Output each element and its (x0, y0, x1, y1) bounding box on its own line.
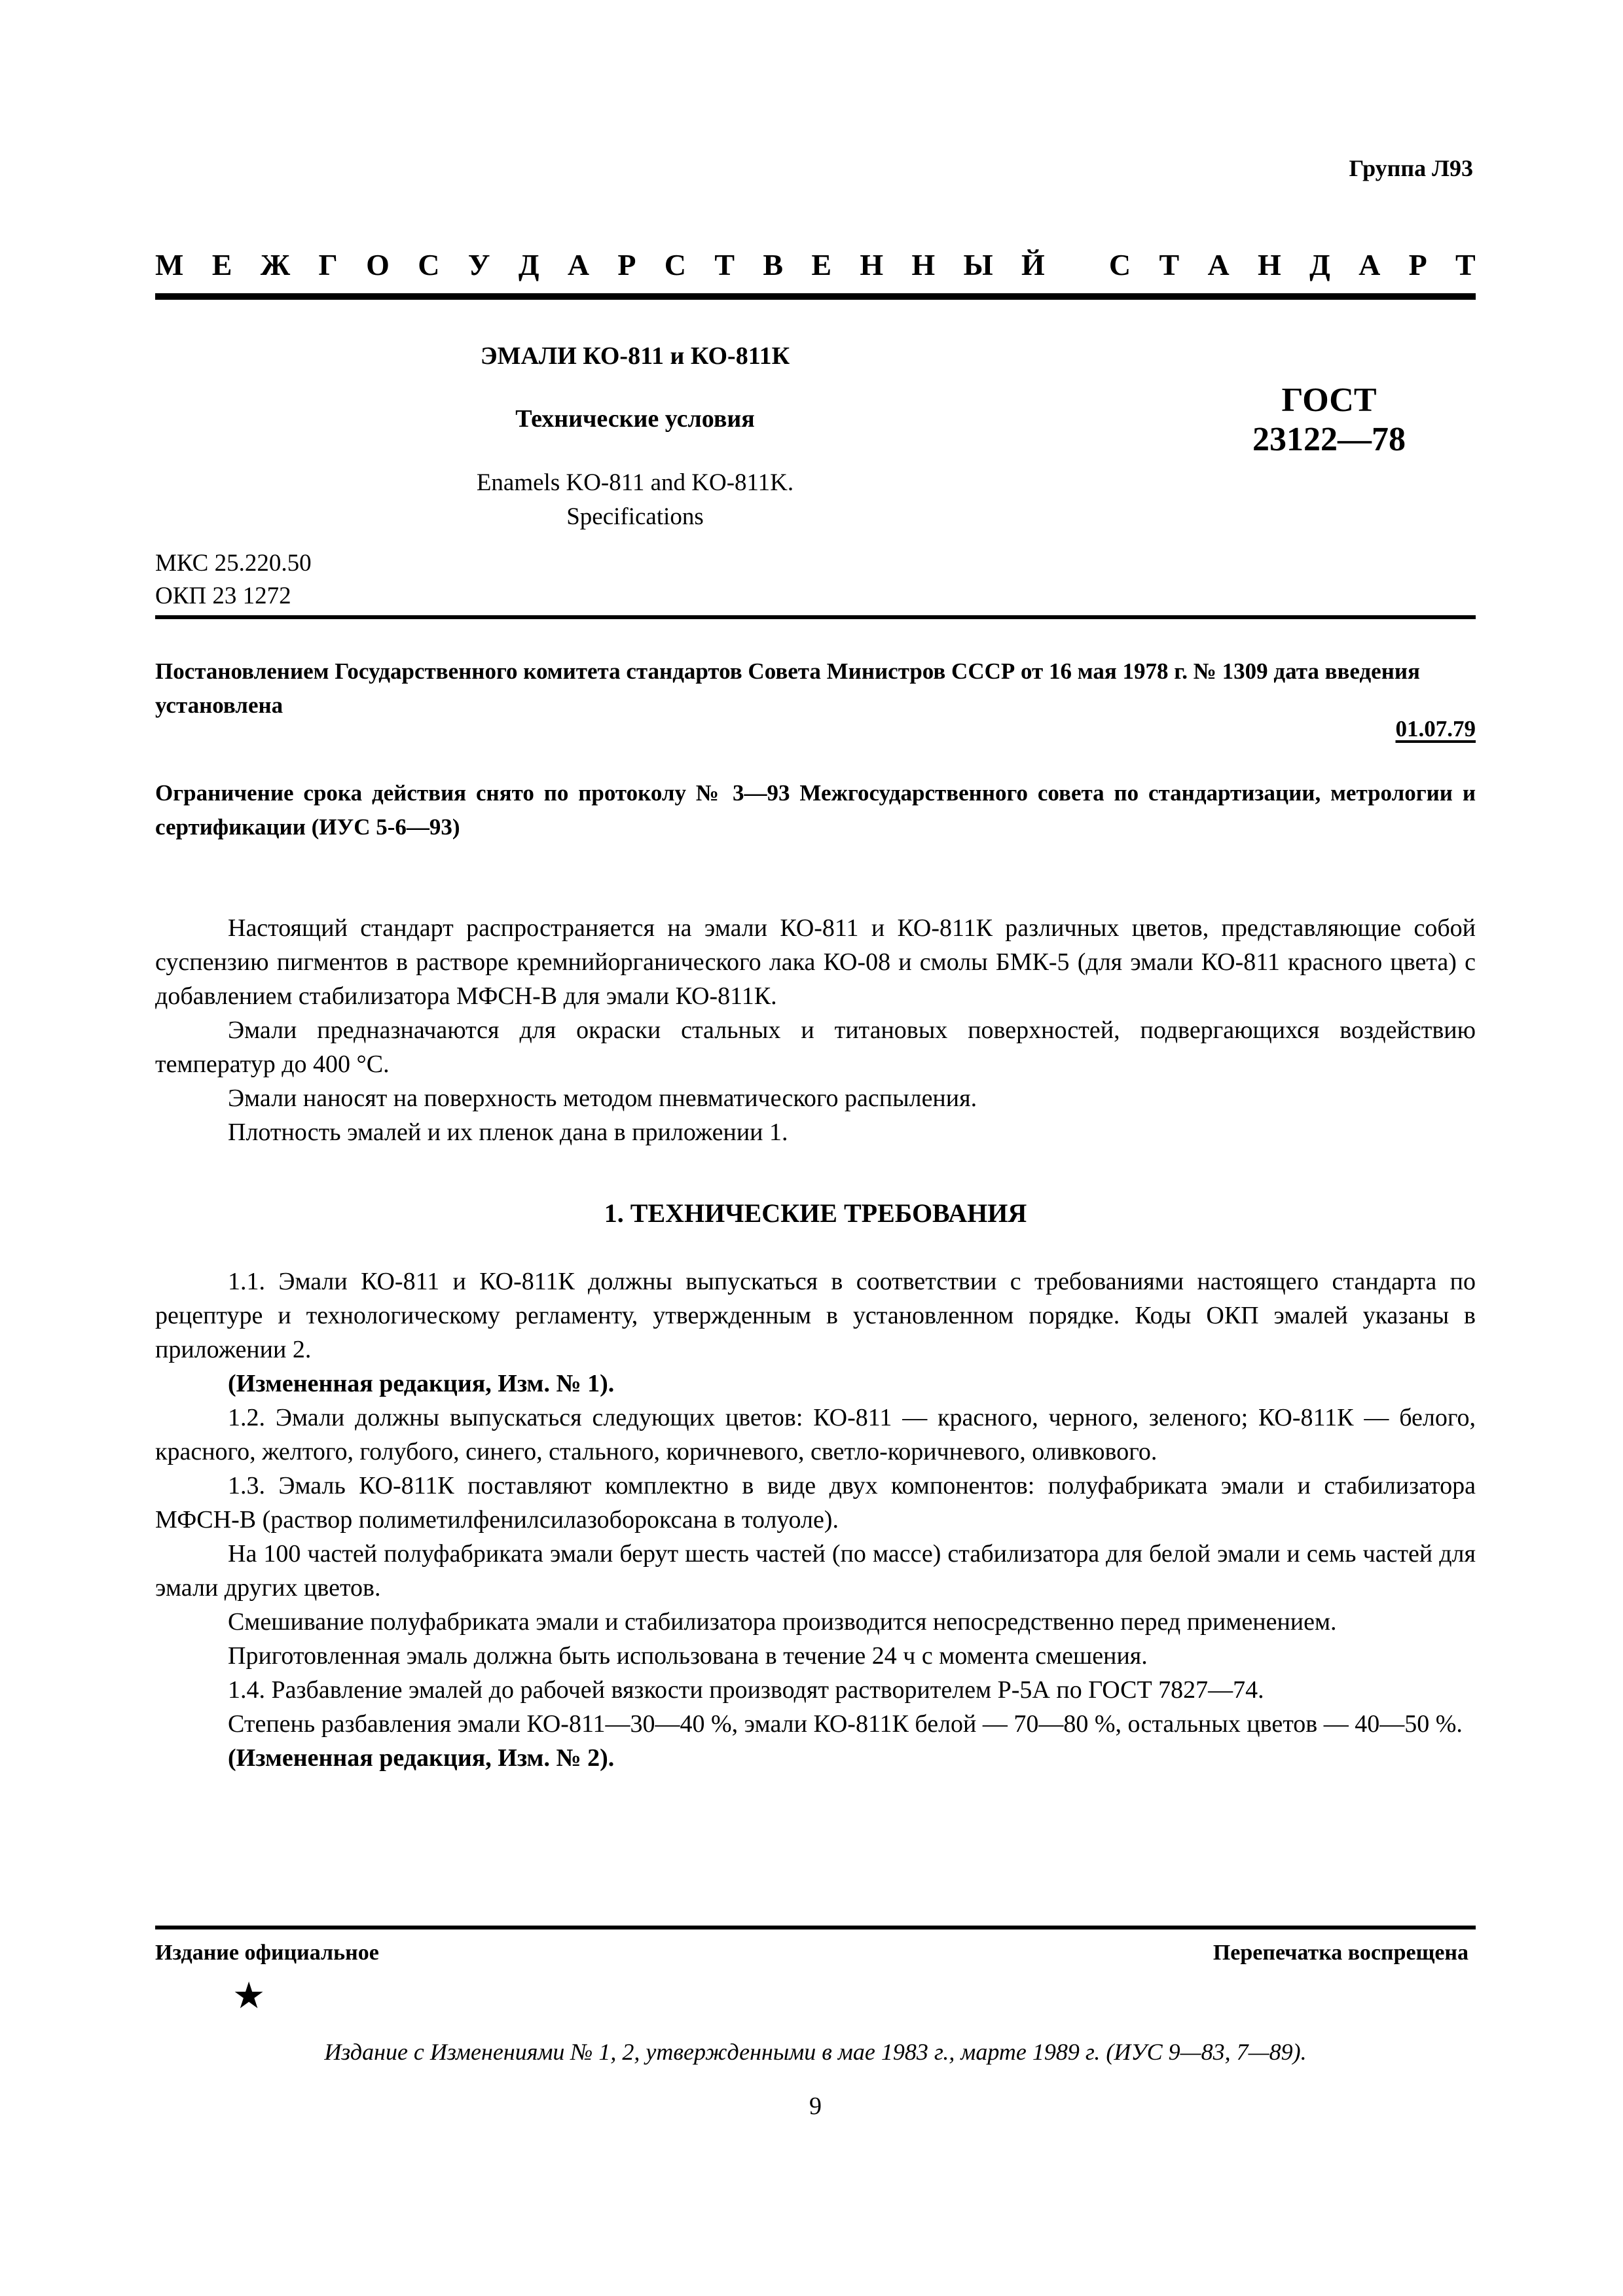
gost-label: ГОСТ (1165, 381, 1493, 420)
english-title-line-2: Specifications (393, 500, 877, 534)
okp-code: ОКП 23 1272 (155, 580, 312, 613)
gost-designation: ГОСТ 23122—78 (1165, 381, 1493, 459)
header-letter: Н (911, 247, 935, 282)
header-letter: М (155, 247, 183, 282)
header-letter: Т (714, 247, 735, 282)
intro-paragraph: Эмали предназначаются для окраски стальн… (155, 1013, 1476, 1081)
clause-paragraph: 1.1. Эмали КО-811 и КО-811К должны выпус… (155, 1265, 1476, 1367)
header-letter: Е (811, 247, 831, 282)
intro-paragraph: Эмали наносят на поверхность методом пне… (155, 1081, 1476, 1115)
header-letter: Д (1309, 247, 1330, 282)
document-subtitle: Технические условия (393, 404, 877, 433)
clause-paragraph: 1.2. Эмали должны выпускаться следующих … (155, 1401, 1476, 1469)
header-letter: С (665, 247, 686, 282)
amendment-note: (Измененная редакция, Изм. № 2). (155, 1741, 1476, 1775)
introduction-date: 01.07.79 (1396, 716, 1476, 742)
group-code: Группа Л93 (1349, 154, 1474, 182)
amendment-note: (Измененная редакция, Изм. № 1). (155, 1367, 1476, 1401)
mks-code: МКС 25.220.50 (155, 547, 312, 580)
intro-paragraph: Плотность эмалей и их пленок дана в прил… (155, 1115, 1476, 1149)
clause-paragraph: 1.4. Разбавление эмалей до рабочей вязко… (155, 1673, 1476, 1707)
limitation-note: Ограничение срока действия снято по прот… (155, 776, 1476, 844)
clause-paragraph: Смешивание полуфабриката эмали и стабили… (155, 1605, 1476, 1639)
clause-paragraph: Приготовленная эмаль должна быть использ… (155, 1639, 1476, 1673)
header-letter: У (468, 247, 490, 282)
header-letter: Ж (261, 247, 290, 282)
header-letter: Н (1258, 247, 1281, 282)
official-edition-label: Издание официальное (155, 1941, 379, 1965)
header-letter: Р (1409, 247, 1427, 282)
decree-text: Постановлением Государственного комитета… (155, 655, 1476, 723)
gost-number: 23122—78 (1165, 420, 1493, 459)
reprint-prohibited-label: Перепечатка воспрещена (1213, 1941, 1468, 1965)
star-icon: ★ (232, 1977, 265, 2016)
codes-rule (155, 615, 1476, 619)
header-letter: Ы (964, 247, 993, 282)
header-letter: В (763, 247, 783, 282)
header-letter: А (568, 247, 589, 282)
header-letter: Д (519, 247, 539, 282)
header-letter: Т (1159, 247, 1179, 282)
document-title: ЭМАЛИ КО-811 и КО-811К (393, 342, 877, 370)
header-letter: Й (1021, 247, 1045, 282)
header-letter: А (1359, 247, 1380, 282)
intro-section: Настоящий стандарт распространяется на э… (155, 911, 1476, 1149)
clause-paragraph: 1.3. Эмаль КО-811К поставляют комплектно… (155, 1469, 1476, 1537)
section-1-body: 1.1. Эмали КО-811 и КО-811К должны выпус… (155, 1265, 1476, 1775)
header-letter: Р (617, 247, 636, 282)
edition-note: Издание с Изменениями № 1, 2, утвержденн… (155, 2038, 1476, 2066)
clause-paragraph: На 100 частей полуфабриката эмали берут … (155, 1537, 1476, 1605)
header-letter: Г (319, 247, 338, 282)
header-letter: Е (212, 247, 232, 282)
footer-rule (155, 1926, 1476, 1929)
header-rule (155, 293, 1476, 300)
page-number: 9 (155, 2092, 1476, 2121)
classification-codes: МКС 25.220.50 ОКП 23 1272 (155, 547, 312, 613)
english-title-line-1: Enamels KO-811 and KO-811K. (393, 466, 877, 500)
header-letter: А (1207, 247, 1229, 282)
section-heading: 1. ТЕХНИЧЕСКИЕ ТРЕБОВАНИЯ (155, 1198, 1476, 1229)
header-letter (1073, 247, 1081, 282)
english-title: Enamels KO-811 and KO-811K. Specificatio… (393, 466, 877, 534)
header-letter: С (418, 247, 439, 282)
header-letter: С (1109, 247, 1131, 282)
header-letter: О (366, 247, 390, 282)
intro-paragraph: Настоящий стандарт распространяется на э… (155, 911, 1476, 1013)
clause-paragraph: Степень разбавления эмали КО-811—30—40 %… (155, 1707, 1476, 1741)
standard-type-header: МЕЖГОСУДАРСТВЕННЫЙ СТАНДАРТ (155, 247, 1476, 282)
header-letter: Т (1455, 247, 1476, 282)
header-letter: Н (860, 247, 883, 282)
